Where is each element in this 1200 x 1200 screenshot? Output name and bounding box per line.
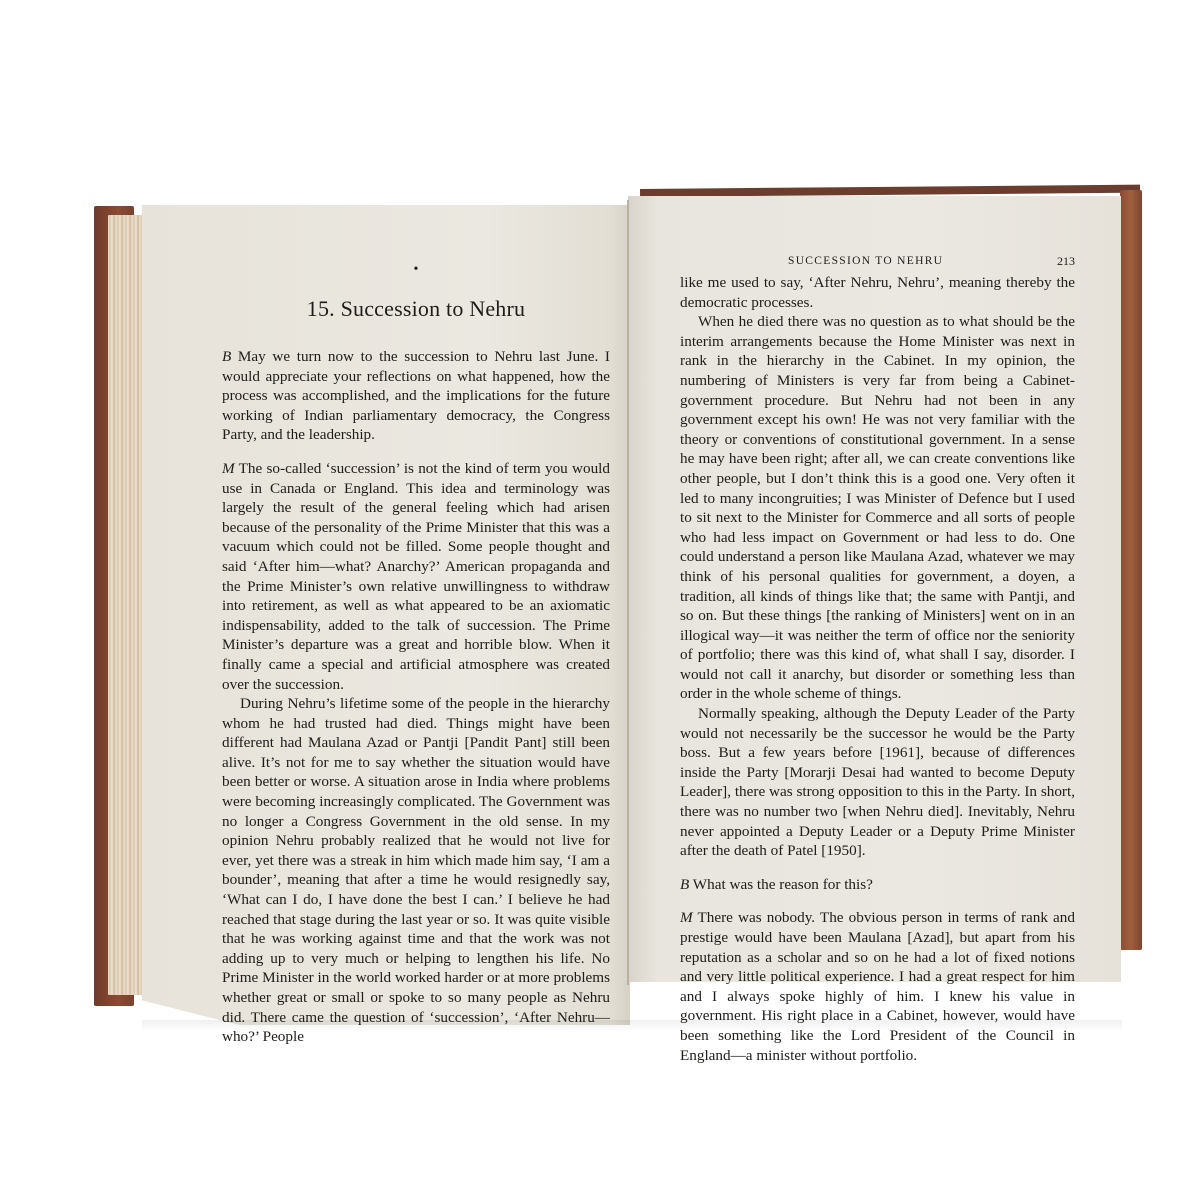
open-book: • 15. Succession to Nehru B May we turn … bbox=[0, 0, 1200, 1200]
page-number: 213 bbox=[1057, 253, 1075, 269]
book-gutter bbox=[627, 200, 629, 985]
paragraph-text: Normally speaking, although the Deputy L… bbox=[680, 705, 1075, 859]
right-page-text: SUCCESSION TO NEHRU 213 like me used to … bbox=[680, 253, 1075, 1065]
paragraph: M There was nobody. The obvious person i… bbox=[680, 908, 1075, 1065]
paragraph-text: like me used to say, ‘After Nehru, Nehru… bbox=[680, 274, 1075, 311]
speaker-label: B bbox=[680, 876, 689, 893]
chapter-title: 15. Succession to Nehru bbox=[222, 295, 610, 323]
paragraph-text: The so-called ‘succession’ is not the ki… bbox=[222, 460, 610, 693]
paragraph-text: During Nehru’s lifetime some of the peop… bbox=[222, 695, 610, 1045]
paragraph: B May we turn now to the succession to N… bbox=[222, 347, 610, 445]
paragraph: Normally speaking, although the Deputy L… bbox=[680, 704, 1075, 861]
speaker-label: M bbox=[680, 909, 693, 926]
paragraph: During Nehru’s lifetime some of the peop… bbox=[222, 694, 610, 1047]
paragraph-text: There was nobody. The obvious person in … bbox=[680, 909, 1075, 1063]
book-cover-top-edge bbox=[640, 185, 1140, 197]
speaker-label: B bbox=[222, 348, 231, 365]
chapter-ornament: • bbox=[222, 263, 610, 283]
left-page-text: • 15. Succession to Nehru B May we turn … bbox=[222, 263, 610, 1047]
book-cover-right bbox=[1120, 190, 1142, 950]
running-head: SUCCESSION TO NEHRU 213 bbox=[680, 253, 1075, 269]
running-head-title: SUCCESSION TO NEHRU bbox=[788, 253, 943, 269]
paragraph: like me used to say, ‘After Nehru, Nehru… bbox=[680, 273, 1075, 312]
paragraph: When he died there was no question as to… bbox=[680, 312, 1075, 704]
paragraph-text: May we turn now to the succession to Neh… bbox=[222, 348, 610, 443]
paragraph-text: When he died there was no question as to… bbox=[680, 313, 1075, 702]
paragraph: B What was the reason for this? bbox=[680, 875, 1075, 895]
paragraph-text: What was the reason for this? bbox=[689, 876, 873, 893]
speaker-label: M bbox=[222, 460, 235, 477]
paragraph: M The so-called ‘succession’ is not the … bbox=[222, 459, 610, 694]
